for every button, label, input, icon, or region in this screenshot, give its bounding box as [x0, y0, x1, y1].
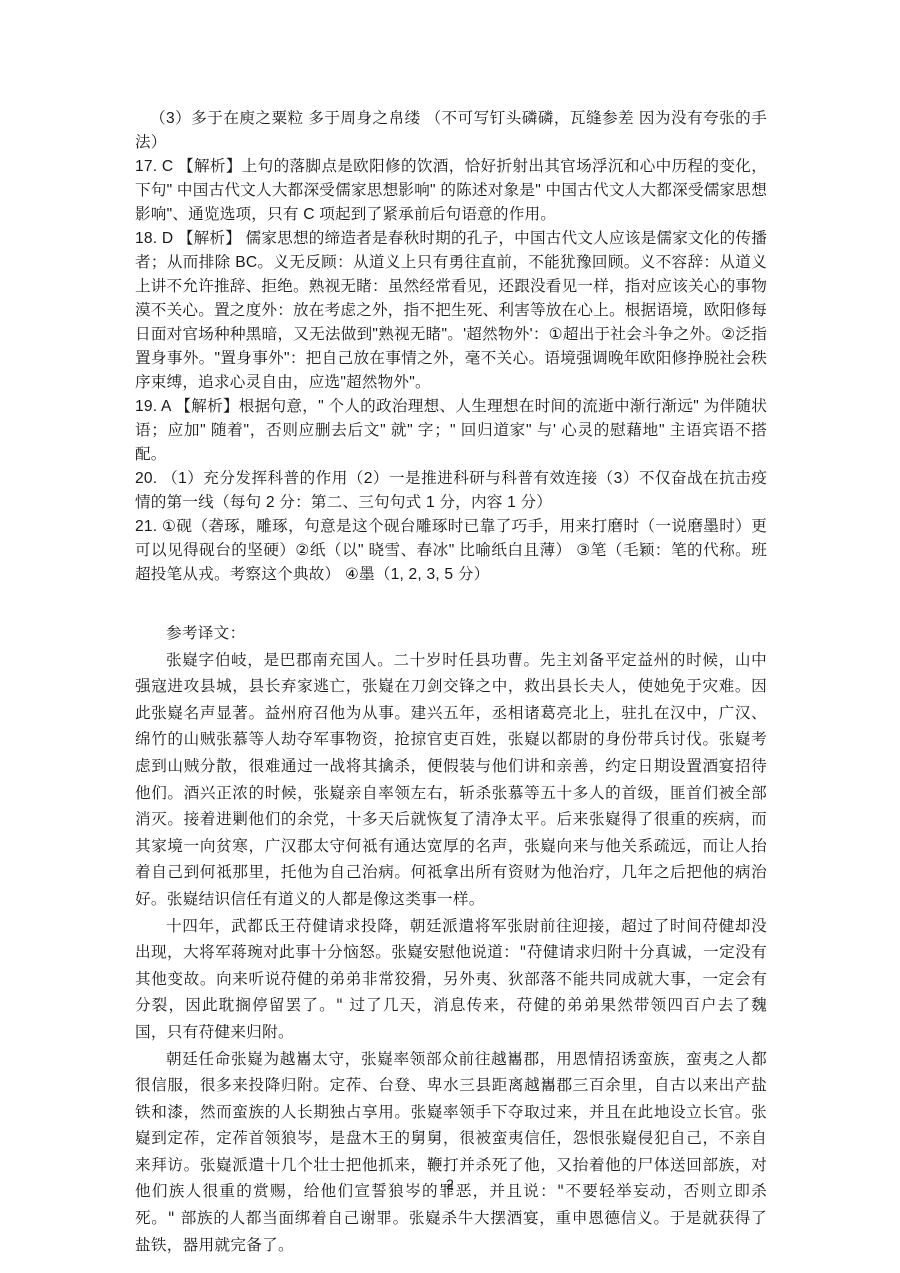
- translation-section: 参考译文： 张嶷字伯岐，是巴郡南充国人。二十岁时任县功曹。先主刘备平定益州的时候…: [135, 620, 767, 1258]
- page-content: （3）多于在庾之粟粒 多于周身之帛缕 （不可写钉头磷磷，瓦缝参差 因为没有夸张的…: [135, 107, 767, 1258]
- answer-item-18: 18. D 【解析】 儒家思想的缔造者是春秋时期的孔子，中国古代文人应该是儒家文…: [135, 227, 767, 395]
- document-page: （3）多于在庾之粟粒 多于周身之帛缕 （不可写钉头磷磷，瓦缝参差 因为没有夸张的…: [0, 0, 900, 1273]
- translation-title: 参考译文：: [135, 620, 767, 647]
- answer-item-16-3: （3）多于在庾之粟粒 多于周身之帛缕 （不可写钉头磷磷，瓦缝参差 因为没有夸张的…: [135, 107, 767, 155]
- translation-paragraph: 朝廷任命张嶷为越巂太守，张嶷率领部众前往越巂郡，用恩情招诱蛮族，蛮夷之人都很信服…: [135, 1046, 767, 1259]
- translation-paragraph: 张嶷字伯岐，是巴郡南充国人。二十岁时任县功曹。先主刘备平定益州的时候，山中强寇进…: [135, 647, 767, 913]
- translation-paragraph: 十四年，武都氐王苻健请求投降，朝廷派遣将军张尉前往迎接，超过了时间苻健却没出现，…: [135, 913, 767, 1046]
- answer-item-21: 21. ①砚（砻琢，雕琢，句意是这个砚台雕琢时已靠了巧手，用来打磨时（一说磨墨时…: [135, 515, 767, 587]
- section-spacer: [135, 587, 767, 620]
- answer-section: （3）多于在庾之粟粒 多于周身之帛缕 （不可写钉头磷磷，瓦缝参差 因为没有夸张的…: [135, 107, 767, 587]
- answer-item-20: 20. （1）充分发挥科普的作用（2）一是推进科研与科普有效连接（3）不仅奋战在…: [135, 467, 767, 515]
- page-number: 2: [0, 1176, 900, 1192]
- answer-item-19: 19. A 【解析】根据句意，" 个人的政治理想、人生理想在时间的流逝中渐行渐远…: [135, 395, 767, 467]
- answer-item-17: 17. C 【解析】上句的落脚点是欧阳修的饮酒，恰好折射出其官场浮沉和心中历程的…: [135, 155, 767, 227]
